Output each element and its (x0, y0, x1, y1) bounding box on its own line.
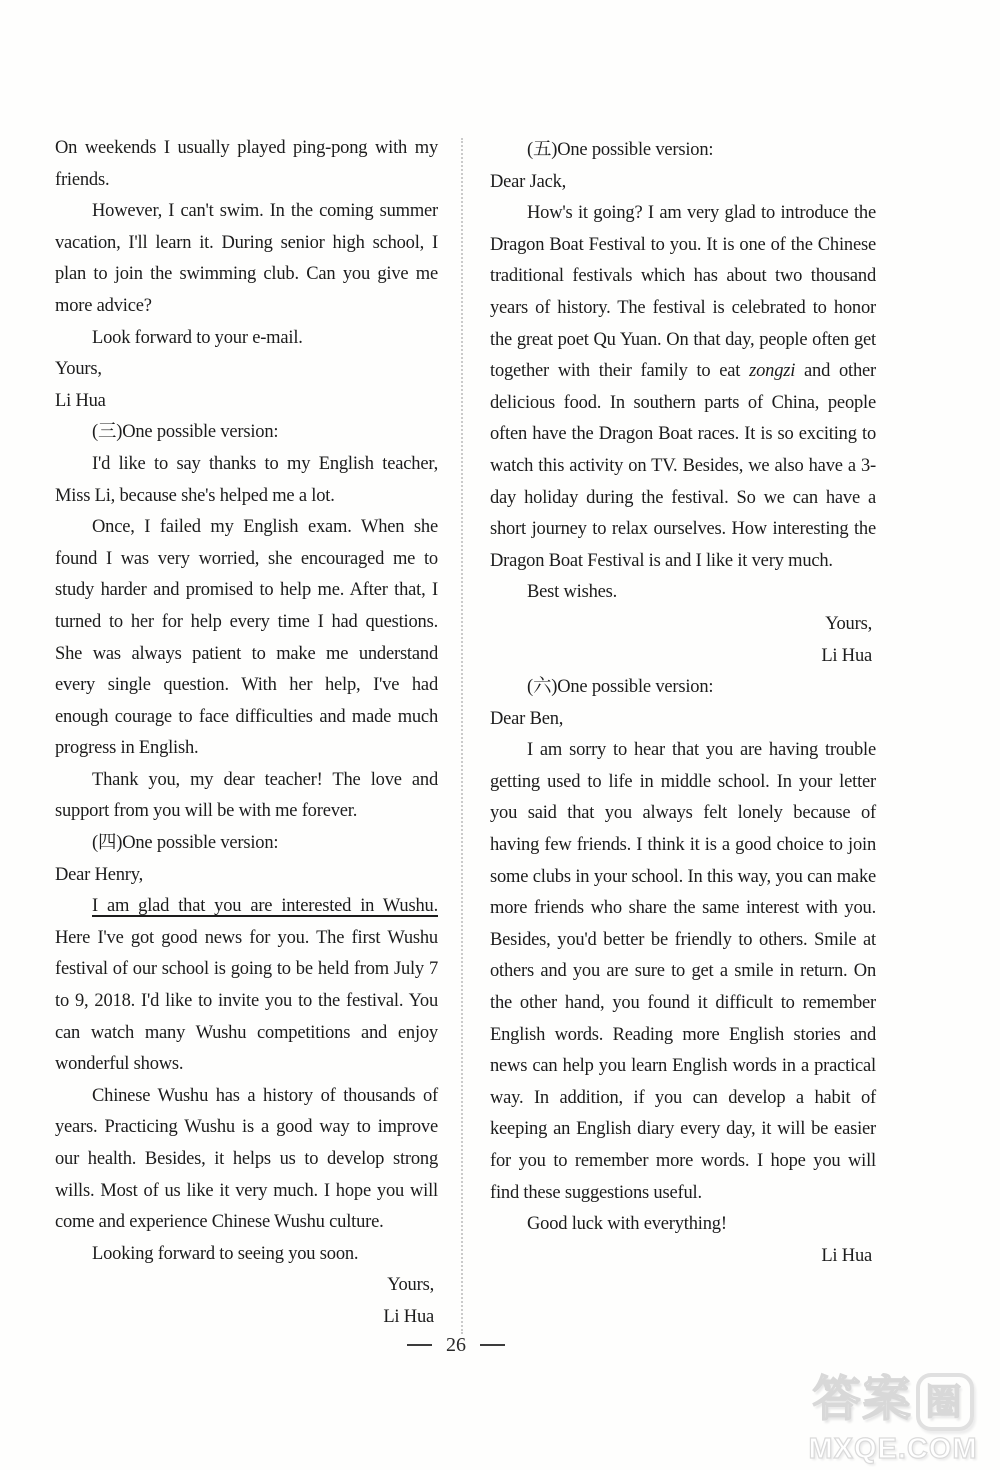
text-segment: (五)One possible version: (527, 140, 713, 160)
essay6-paragraph-1: I am sorry to hear that you are having t… (490, 735, 876, 1209)
right-column: (五)One possible version:Dear Jack,How's … (490, 135, 876, 1272)
text-segment: How's it going? I am very glad to introd… (490, 203, 876, 381)
essay4-signoff-name: Li Hua (55, 1302, 438, 1334)
essay2-signoff-yours: Yours, (55, 354, 438, 386)
text-segment: Chinese Wushu has a history of thousands… (55, 1086, 438, 1232)
essay6-signoff-name: Li Hua (490, 1241, 876, 1273)
text-segment: Dear Ben, (490, 709, 563, 729)
text-segment: Dear Henry, (55, 865, 143, 885)
essay4-paragraph-2: Chinese Wushu has a history of thousands… (55, 1081, 438, 1239)
text-segment: and other delicious food. In southern pa… (490, 361, 876, 571)
page-number: 26 (396, 1332, 516, 1358)
italic-text: zongzi (749, 361, 795, 381)
essay2-body: However, I can't swim. In the coming sum… (55, 196, 438, 322)
essay3-paragraph-2: Once, I failed my English exam. When she… (55, 512, 438, 765)
page-number-dash-left (407, 1344, 432, 1346)
essay4-signoff-yours: Yours, (55, 1270, 438, 1302)
essay4-closing-line: Looking forward to seeing you soon. (55, 1239, 438, 1271)
essay5-signoff-name: Li Hua (490, 641, 876, 673)
text-segment: (三)One possible version: (92, 422, 278, 442)
column-divider (461, 138, 463, 1334)
text-segment: Li Hua (821, 646, 872, 666)
essay3-paragraph-1: I'd like to say thanks to my English tea… (55, 449, 438, 512)
text-segment: (四)One possible version: (92, 833, 278, 853)
text-segment: Yours, (387, 1275, 434, 1295)
essay3-paragraph-3: Thank you, my dear teacher! The love and… (55, 765, 438, 828)
page-number-value: 26 (446, 1334, 466, 1357)
watermark-brand-text: 答案 (812, 1373, 912, 1426)
essay2-closing-line: Look forward to your e-mail. (55, 323, 438, 355)
watermark-brand: 答案圈 (788, 1370, 998, 1431)
text-segment: On weekends I usually played ping-pong w… (55, 138, 438, 190)
scanned-answer-page: On weekends I usually played ping-pong w… (0, 0, 1000, 1470)
text-segment: Thank you, my dear teacher! The love and… (55, 770, 438, 822)
essay5-closing-line: Best wishes. (490, 577, 876, 609)
text-segment: Looking forward to seeing you soon. (92, 1244, 358, 1264)
essay5-salutation: Dear Jack, (490, 167, 876, 199)
text-segment: Once, I failed my English exam. When she… (55, 517, 438, 758)
essay4-paragraph-1: I am glad that you are interested in Wus… (55, 891, 438, 1081)
text-segment: Best wishes. (527, 582, 617, 602)
text-segment: Dear Jack, (490, 172, 566, 192)
text-segment: Here I've got good news for you. The fir… (55, 928, 438, 1074)
text-segment: Good luck with everything! (527, 1214, 727, 1234)
essay4-salutation: Dear Henry, (55, 860, 438, 892)
essay5-paragraph-1: How's it going? I am very glad to introd… (490, 198, 876, 577)
text-segment: However, I can't swim. In the coming sum… (55, 201, 438, 316)
essay5-signoff-yours: Yours, (490, 609, 876, 641)
text-segment: Li Hua (383, 1307, 434, 1327)
text-segment: Yours, (55, 359, 102, 379)
section-3-heading: (三)One possible version: (55, 417, 438, 449)
page-number-dash-right (480, 1344, 505, 1346)
text-segment: Li Hua (55, 391, 106, 411)
text-segment: Look forward to your e-mail. (92, 328, 303, 348)
section-4-heading: (四)One possible version: (55, 828, 438, 860)
text-segment: (六)One possible version: (527, 677, 713, 697)
essay2-signoff-name: Li Hua (55, 386, 438, 418)
text-segment: Yours, (825, 614, 872, 634)
left-column: On weekends I usually played ping-pong w… (55, 133, 438, 1334)
watermark-site: MXQE.COM (788, 1433, 998, 1466)
essay6-salutation: Dear Ben, (490, 704, 876, 736)
underlined-text: I am glad that you are interested in Wus… (92, 896, 438, 916)
watermark-logo-icon: 圈 (916, 1373, 974, 1431)
essay2-body-continued: On weekends I usually played ping-pong w… (55, 133, 438, 196)
section-6-heading: (六)One possible version: (490, 672, 876, 704)
text-segment: I am sorry to hear that you are having t… (490, 740, 876, 1202)
essay6-closing-line: Good luck with everything! (490, 1209, 876, 1241)
text-segment: Li Hua (821, 1246, 872, 1266)
text-segment: I'd like to say thanks to my English tea… (55, 454, 438, 506)
section-5-heading: (五)One possible version: (490, 135, 876, 167)
watermark: 答案圈 MXQE.COM (788, 1370, 998, 1466)
